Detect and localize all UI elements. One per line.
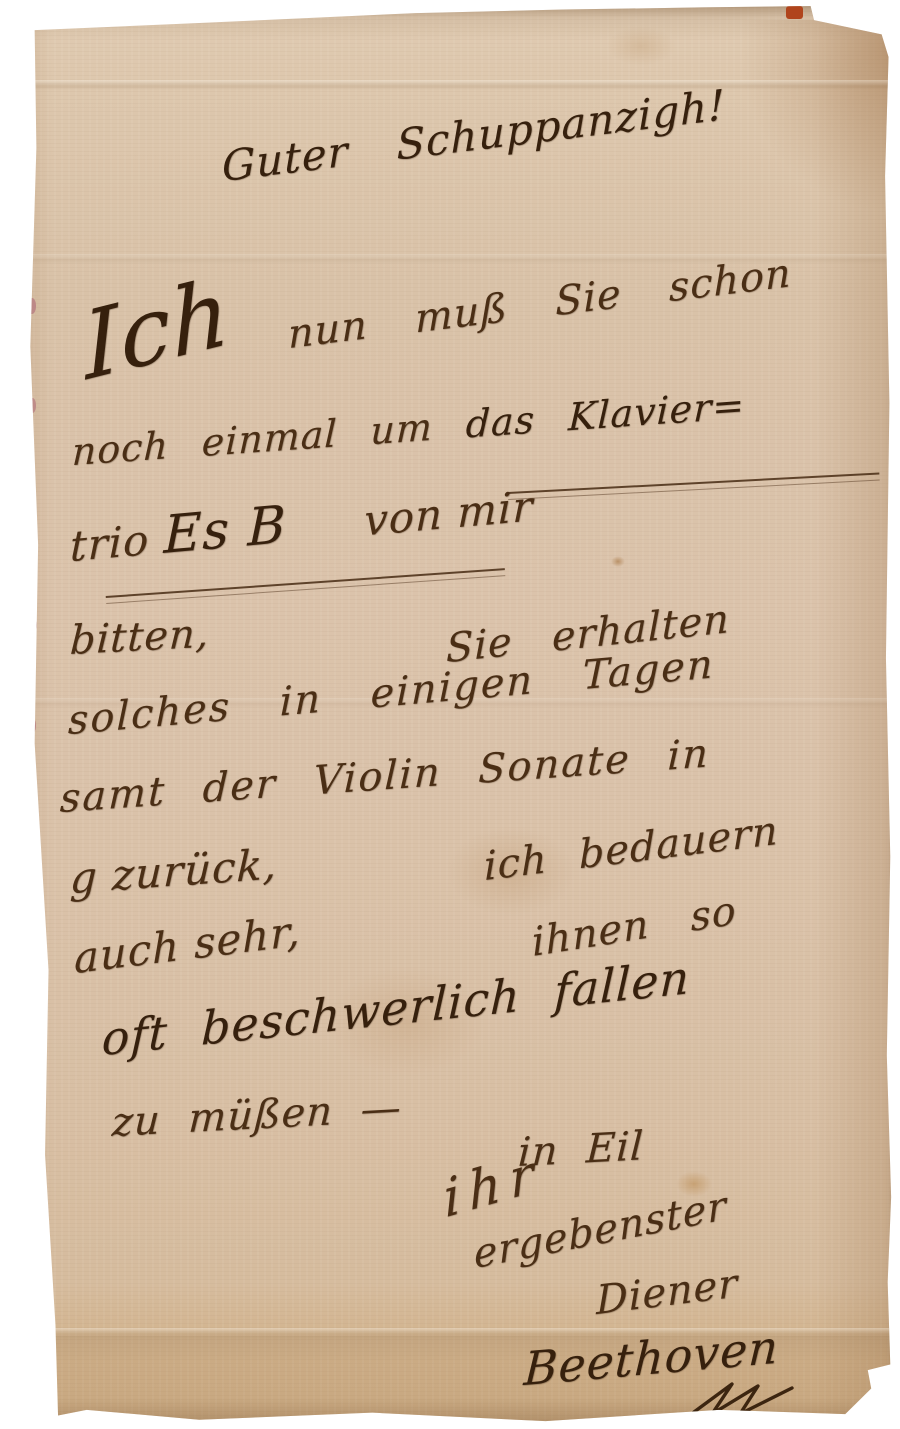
binding-speck [28, 542, 37, 558]
underline-stroke-1 [508, 473, 880, 500]
body-line-3: trio Es Bvon mir [69, 473, 533, 574]
body-line-3-underlined: Es B [163, 495, 287, 566]
binding-speck [29, 812, 37, 826]
body-line-7-left: g zurück, [69, 839, 278, 903]
body-line-2-underlined: das Klavier= [465, 383, 746, 447]
heading-line: Guter Schuppanzigh! [222, 80, 726, 191]
binding-speck [30, 880, 38, 895]
fox-spot [606, 26, 676, 66]
binding-speck [27, 298, 36, 314]
opening-word: Ich [80, 257, 233, 402]
binding-speck [28, 718, 36, 733]
crease-line [26, 80, 892, 90]
binding-speck [28, 398, 36, 413]
binding-speck [36, 1188, 44, 1204]
body-line-8-right: ihnen so [531, 888, 738, 967]
binding-speck [27, 474, 34, 487]
body-line-8-left: auch sehr, [74, 906, 301, 983]
binding-speck [29, 618, 37, 632]
body-line-2-pre: noch einmal um [71, 402, 466, 474]
fox-spot [611, 556, 625, 567]
body-line-4-left: bitten, [69, 611, 211, 665]
closing-word-ihr: ihr [442, 1141, 544, 1230]
closing-word-diener: Diener [596, 1260, 739, 1324]
signature-paraph [688, 1376, 828, 1422]
binding-speck [32, 1058, 40, 1073]
underline-stroke-2 [106, 568, 506, 604]
body-line-7-right: ich bedauern [484, 808, 779, 890]
manuscript-photo: Guter Schuppanzigh! Ich nun muß Sie scho… [0, 0, 900, 1429]
body-line-3-pre: trio [70, 514, 165, 571]
wax-residue [786, 6, 803, 19]
body-line-10: zu müßen — [111, 1085, 403, 1146]
body-line-1: nun muß Sie schon [288, 250, 792, 358]
top-right-corner-fold [742, 20, 892, 210]
binding-speck [31, 968, 39, 982]
body-line-3-post: von mir [364, 481, 534, 545]
letter-paper: Guter Schuppanzigh! Ich nun muß Sie scho… [26, 6, 892, 1424]
body-line-2: noch einmal um das Klavier= [71, 383, 746, 474]
body-line-6: samt der Violin Sonate in [59, 730, 710, 822]
binding-speck [34, 1118, 42, 1132]
